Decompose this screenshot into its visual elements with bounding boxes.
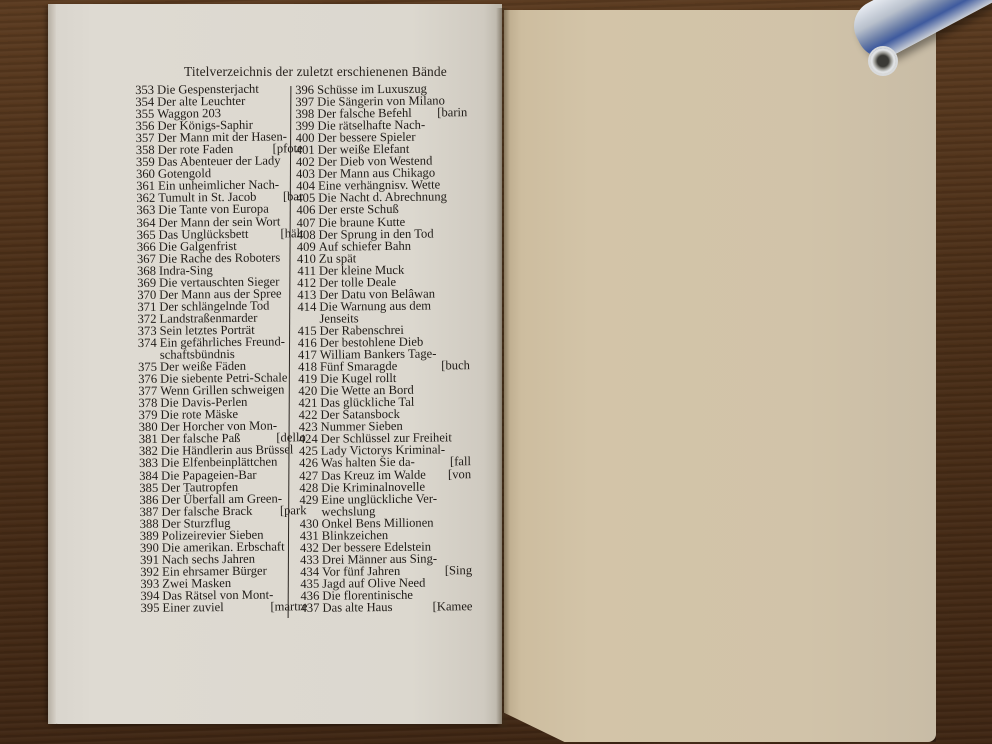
volume-number: 407 <box>293 216 315 228</box>
volume-number: 386 <box>136 493 158 505</box>
volume-number: 426 <box>296 457 318 469</box>
volume-title: Einer zuviel <box>162 600 223 615</box>
volume-number: 383 <box>136 457 158 469</box>
page-heading: Titelverzeichnis der zuletzt erschienene… <box>184 64 454 80</box>
volume-number: 365 <box>134 228 156 240</box>
list-item: 437Das alte Haus[Kamee <box>297 600 472 614</box>
volume-number: 406 <box>293 204 315 216</box>
title-continuation: [barin <box>437 106 467 118</box>
volume-number: 408 <box>294 228 316 240</box>
volume-number: 385 <box>136 481 158 493</box>
volume-number: 374 <box>135 337 157 349</box>
volume-number: 428 <box>296 481 318 493</box>
title-list-left-column: 353Die Gespensterjacht354Der alte Leucht… <box>132 82 308 614</box>
volume-number: 427 <box>296 469 318 481</box>
title-continuation: [von <box>448 468 471 480</box>
book-gutter <box>496 8 510 728</box>
title-continuation: [buch <box>441 359 470 371</box>
volume-title: Das alte Haus <box>322 600 392 615</box>
volume-number: 395 <box>137 602 159 614</box>
title-continuation: [Kamee <box>433 600 473 612</box>
right-page-blank <box>504 10 936 742</box>
volume-number: 384 <box>136 469 158 481</box>
pen-tip-icon <box>870 48 896 74</box>
volume-number: 364 <box>133 216 155 228</box>
volume-number: 437 <box>297 602 319 614</box>
volume-number: 414 <box>294 301 316 313</box>
title-continuation: [fall <box>450 456 471 468</box>
volume-number: 429 <box>296 493 318 505</box>
title-continuation: [Sing <box>445 564 472 576</box>
title-list-right-column: 396Schüsse im Luxuszug397Die Sängerin vo… <box>292 82 473 614</box>
volume-number: 363 <box>133 204 155 216</box>
list-item: 395Einer zuviel[martre <box>137 600 307 614</box>
